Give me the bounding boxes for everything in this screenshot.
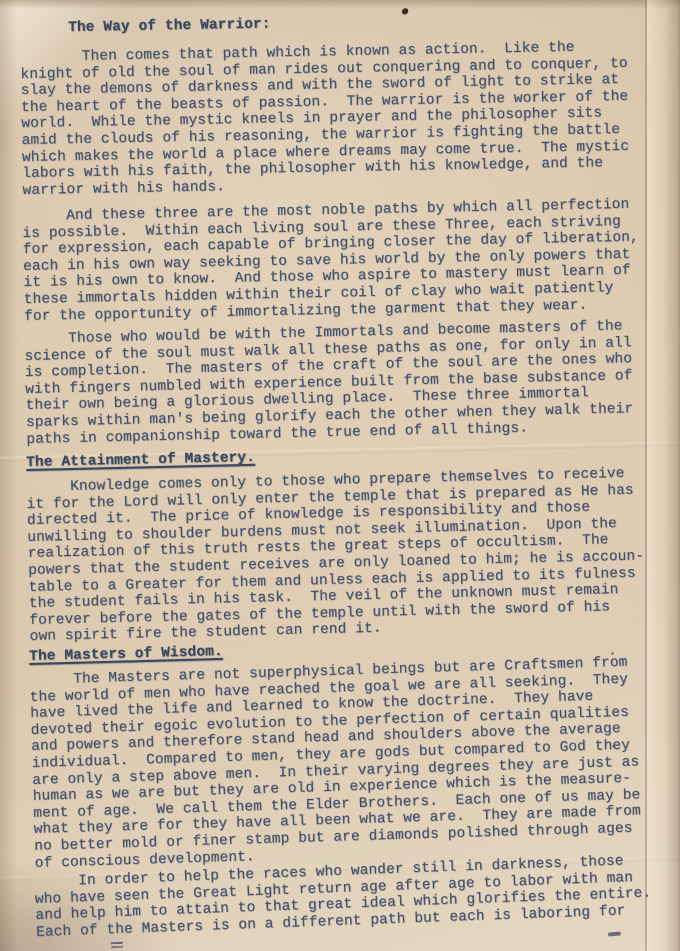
paragraph-immortals: Those who would be with the Immortals an… <box>24 318 634 448</box>
typewritten-document-page: The Way of the Warrior: Then comes that … <box>0 0 680 951</box>
heading-attainment-of-mastery: The Attainment of Mastery. <box>26 450 255 472</box>
paper-top-shadow <box>0 0 680 9</box>
heading-masters-of-wisdom: The Masters of Wisdom. <box>29 644 223 666</box>
ink-mark <box>111 942 123 949</box>
paragraph-knowledge: Knowledge comes only to those who prepar… <box>26 465 646 645</box>
paper-right-fold-strip <box>647 0 680 951</box>
paragraph-action-path: Then comes that path which is known as a… <box>20 39 630 199</box>
paragraph-three-noble-paths: And these three are the most noble paths… <box>22 197 640 325</box>
paragraph-masters: The Masters are not superphysical beings… <box>29 654 642 872</box>
ink-speck <box>401 7 409 16</box>
paper-left-edge-shadow <box>0 0 18 951</box>
document-title: The Way of the Warrior: <box>68 16 271 36</box>
ink-mark <box>608 931 621 936</box>
